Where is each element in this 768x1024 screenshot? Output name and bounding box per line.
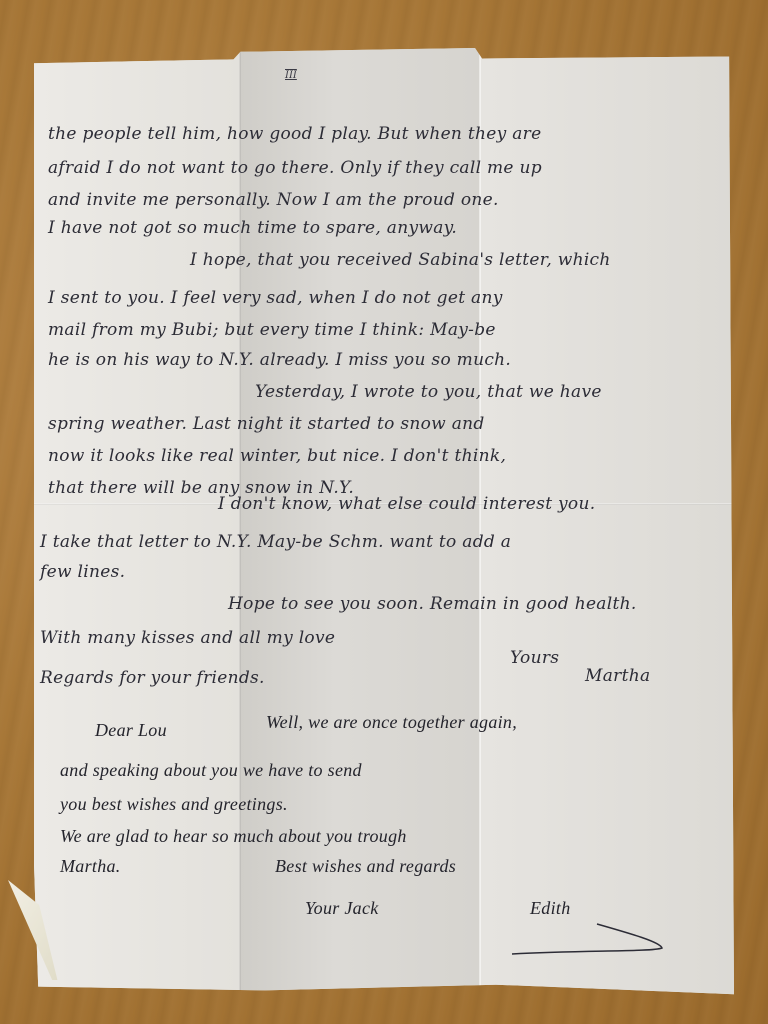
postscript-line: Well, we are once together again, — [266, 712, 517, 733]
letter-closing: Yours — [510, 648, 559, 668]
letter-line: I hope, that you received Sabina's lette… — [190, 250, 611, 270]
postscript-salutation: Dear Lou — [95, 720, 167, 741]
letter-line: I don't know, what else could interest y… — [218, 494, 595, 514]
postscript-line: Martha. — [60, 856, 121, 877]
paper-panel-right — [480, 48, 734, 998]
letter-line: mail from my Bubi; but every time I thin… — [48, 320, 496, 340]
letter-line: With many kisses and all my love — [40, 628, 335, 648]
letter-line: I sent to you. I feel very sad, when I d… — [48, 288, 503, 308]
letter-line: I take that letter to N.Y. May-be Schm. … — [40, 532, 511, 552]
letter-line: now it looks like real winter, but nice.… — [48, 446, 506, 466]
letter-line: I have not got so much time to spare, an… — [48, 218, 457, 238]
postscript-closing: Best wishes and regards — [275, 856, 456, 877]
signature-edith: Edith — [530, 898, 571, 919]
page-marker: III — [285, 70, 297, 81]
letter-line: Regards for your friends. — [40, 668, 265, 688]
letter-line: and invite me personally. Now I am the p… — [48, 190, 499, 210]
signature-martha: Martha — [585, 666, 650, 686]
letter-line: he is on his way to N.Y. already. I miss… — [48, 350, 511, 370]
letter-line: Yesterday, I wrote to you, that we have — [255, 382, 602, 402]
postscript-line: you best wishes and greetings. — [60, 794, 288, 815]
letter-line: spring weather. Last night it started to… — [48, 414, 485, 434]
letter-line: afraid I do not want to go there. Only i… — [48, 158, 542, 178]
postscript-line: and speaking about you we have to send — [60, 760, 362, 781]
letter-line: few lines. — [40, 562, 125, 582]
signature-flourish — [502, 920, 667, 956]
letter-line: the people tell him, how good I play. Bu… — [48, 124, 541, 144]
signature-jack: Your Jack — [305, 898, 379, 919]
letter-line: Hope to see you soon. Remain in good hea… — [228, 594, 637, 614]
postscript-line: We are glad to hear so much about you tr… — [60, 826, 407, 847]
